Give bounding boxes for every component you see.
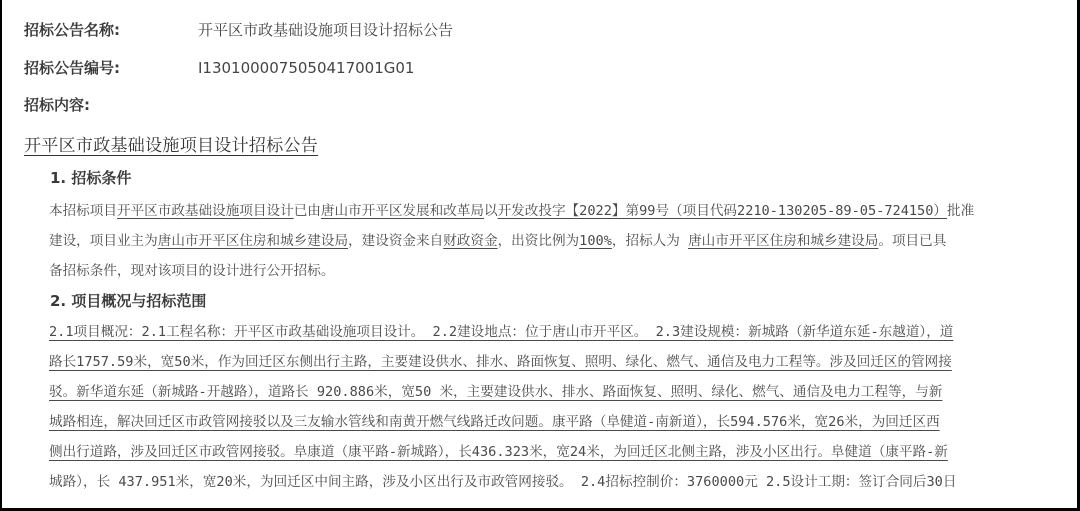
clip-mask [2, 490, 1077, 508]
section-heading-1: 1. 招标条件 [50, 167, 131, 188]
text: 批准 [947, 203, 974, 219]
paragraph-line: 路长1757.59米，宽50米，作为回迁区东侧出行主路，主要建设供水、排水、路面… [49, 347, 1059, 377]
section-heading-2: 2. 项目概况与招标范围 [50, 290, 206, 311]
paragraph-line: 备招标条件，现对该项目的设计进行公开招标。 [49, 256, 1059, 286]
text: 已由 [294, 203, 321, 219]
text: 建设，项目业主为 [49, 233, 158, 249]
paragraph-line: 驳。新华道东延（新城路-开越路），道路长 920.886米，宽50 米，主要建设… [49, 377, 1059, 407]
announcement-panel: 招标公告名称: 开平区市政基础设施项目设计招标公告 招标公告编号: I13010… [2, 0, 1077, 508]
section-2-paragraph: 2.1项目概况：2.1工程名称：开平区市政基础设施项目设计。 2.2建设地点：位… [49, 317, 1059, 497]
project-owner: 唐山市开平区住房和城乡建设局 [158, 233, 348, 249]
field-label: 招标公告名称: [24, 18, 120, 42]
field-label: 招标内容: [24, 93, 90, 117]
document-title[interactable]: 开平区市政基础设施项目设计招标公告 [24, 131, 318, 156]
paragraph-line: 城路相连，解决回迁区市政管网接驳以及三友输水管线和南黄开燃气线路迁改问题。康平路… [49, 407, 1059, 437]
funding-source: 财政资金 [443, 233, 497, 249]
text: ，出资比例为 [498, 233, 580, 249]
paragraph-line: 2.1项目概况：2.1工程名称：开平区市政基础设施项目设计。 2.2建设地点：位… [49, 317, 1059, 347]
text: 以 [484, 203, 498, 219]
text: ，招标人为 [612, 233, 688, 249]
text: 本招标项目 [49, 203, 117, 219]
paragraph-line: 本招标项目开平区市政基础设施项目设计已由唐山市开平区发展和改革局以开发改投字【2… [49, 196, 1059, 226]
section-1-paragraph: 本招标项目开平区市政基础设施项目设计已由唐山市开平区发展和改革局以开发改投字【2… [49, 196, 1059, 286]
text: 。项目已具 [878, 233, 946, 249]
field-value: I1301000075050417001G01 [198, 56, 414, 80]
field-label: 招标公告编号: [24, 56, 120, 80]
funding-ratio: 100% [579, 233, 612, 249]
approval-authority: 唐山市开平区发展和改革局 [321, 203, 484, 219]
project-name-link: 开平区市政基础设施项目设计 [117, 203, 294, 219]
paragraph-line: 建设，项目业主为唐山市开平区住房和城乡建设局，建设资金来自财政资金，出资比例为1… [49, 226, 1059, 256]
paragraph-line: 侧出行道路，涉及回迁区市政管网接驳。阜康道（康平路-新城路），长436.323米… [49, 437, 1059, 467]
field-value: 开平区市政基础设施项目设计招标公告 [198, 18, 453, 42]
approval-number: 开发改投字【2022】第99号（项目代码2210-130205-89-05-72… [498, 203, 947, 219]
text: ，建设资金来自 [348, 233, 443, 249]
tenderer: 唐山市开平区住房和城乡建设局 [688, 233, 878, 249]
